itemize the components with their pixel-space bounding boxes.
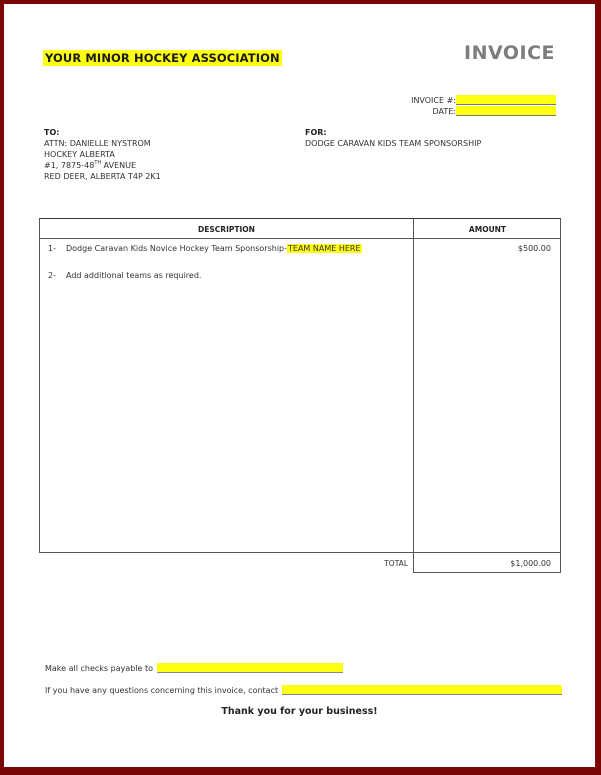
invoice-title: INVOICE (464, 42, 555, 64)
row-amount[interactable]: $500.00 (518, 244, 551, 253)
bill-to-attn: ATTN: DANIELLE NYSTROM (44, 138, 161, 149)
contact-row: If you have any questions concerning thi… (45, 685, 562, 695)
row-number: 2- (48, 271, 66, 280)
header-divider (39, 238, 561, 239)
invoice-page: YOUR MINOR HOCKEY ASSOCIATION INVOICE IN… (4, 4, 595, 767)
row-number: 1- (48, 244, 66, 253)
invoice-number-row: INVOICE #: (411, 95, 556, 105)
date-row: DATE: (432, 106, 556, 116)
date-label: DATE: (432, 107, 456, 116)
amount-header: AMOUNT (414, 225, 561, 234)
checks-payable-label: Make all checks payable to (45, 664, 153, 673)
invoice-number-label: INVOICE #: (411, 96, 456, 105)
thank-you-message: Thank you for your business! (4, 706, 595, 717)
total-value[interactable]: $1,000.00 (510, 559, 551, 568)
bill-to-block: TO: ATTN: DANIELLE NYSTROM HOCKEY ALBERT… (44, 127, 161, 182)
line-items-table (39, 218, 561, 553)
table-row: 1- Dodge Caravan Kids Novice Hockey Team… (48, 244, 362, 253)
date-field[interactable] (456, 106, 556, 116)
bill-to-heading: TO: (44, 127, 161, 138)
contact-label: If you have any questions concerning thi… (45, 686, 278, 695)
organization-name[interactable]: YOUR MINOR HOCKEY ASSOCIATION (43, 50, 282, 66)
row-description[interactable]: Dodge Caravan Kids Novice Hockey Team Sp… (66, 244, 287, 253)
description-header: DESCRIPTION (40, 225, 413, 234)
invoice-number-field[interactable] (456, 95, 556, 105)
for-text: DODGE CARAVAN KIDS TEAM SPONSORSHIP (305, 138, 481, 149)
checks-payable-field[interactable] (157, 663, 343, 673)
table-row: 2- Add additional teams as required. (48, 271, 201, 280)
bill-to-city: RED DEER, ALBERTA T4P 2K1 (44, 171, 161, 182)
for-block: FOR: DODGE CARAVAN KIDS TEAM SPONSORSHIP (305, 127, 481, 149)
for-heading: FOR: (305, 127, 481, 138)
checks-payable-row: Make all checks payable to (45, 663, 343, 673)
team-name-placeholder[interactable]: TEAM NAME HERE (287, 244, 362, 253)
column-divider (413, 218, 414, 553)
contact-field[interactable] (282, 685, 562, 695)
bill-to-org: HOCKEY ALBERTA (44, 149, 161, 160)
row-description[interactable]: Add additional teams as required. (66, 271, 201, 280)
total-label: TOTAL (384, 559, 408, 568)
bill-to-street: #1, 7875-48TH AVENUE (44, 160, 161, 171)
